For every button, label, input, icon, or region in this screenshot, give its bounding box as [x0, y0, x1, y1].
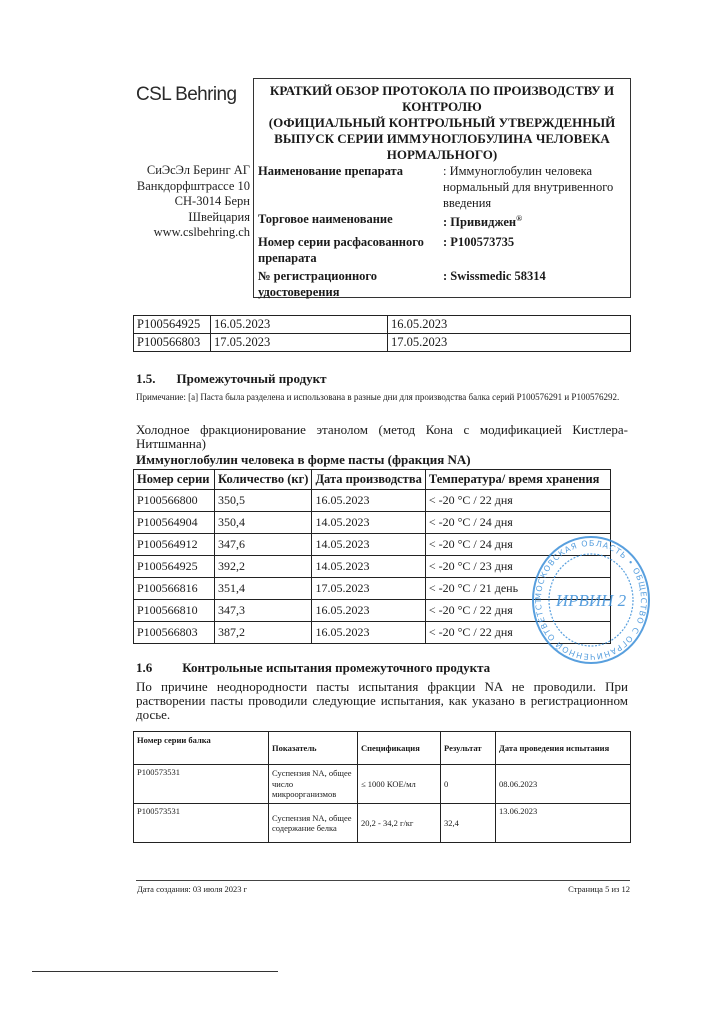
field-label: № регистрационного удостоверения	[258, 268, 443, 300]
field-label: Торговое наименование	[258, 211, 443, 227]
table-row: P100573531 Суспензия NA, общее число мик…	[134, 765, 631, 804]
table-cell: 17.05.2023	[388, 334, 631, 352]
note-text: Примечание: [a] Паста была разделена и и…	[136, 392, 626, 404]
title-line: КОНТРОЛЮ	[254, 99, 630, 115]
title-line: НОРМАЛЬНОГО)	[254, 147, 630, 163]
table-cell: 16.05.2023	[388, 316, 631, 334]
table-cell: P100564904	[134, 512, 215, 534]
table-cell: 14.05.2023	[312, 512, 425, 534]
table-cell: 16.05.2023	[211, 316, 388, 334]
table-cell: Суспензия NA, общее число микроорганизмо…	[269, 765, 358, 804]
field-value: : Привиджен®	[443, 211, 633, 230]
table-cell: 16.05.2023	[312, 490, 425, 512]
table-cell: Суспензия NA, общее содержание белка	[269, 804, 358, 843]
column-header: Показатель	[269, 732, 358, 765]
document-header-box: КРАТКИЙ ОБЗОР ПРОТОКОЛА ПО ПРОИЗВОДСТВУ …	[253, 78, 631, 298]
address-line: СиЭсЭл Беринг АГ	[120, 163, 250, 179]
column-header: Количество (кг)	[215, 470, 312, 490]
title-line: КРАТКИЙ ОБЗОР ПРОТОКОЛА ПО ПРОИЗВОДСТВУ …	[254, 83, 630, 99]
table-cell: P100566816	[134, 578, 215, 600]
table-cell: P100566803	[134, 622, 215, 644]
address-line: www.cslbehring.ch	[120, 225, 250, 241]
continuation-table: P100564925 16.05.2023 16.05.2023 P100566…	[133, 315, 631, 352]
address-line: Ванкдорфштрассе 10	[120, 179, 250, 195]
column-header: Дата производства	[312, 470, 425, 490]
section-number: 1.5.	[136, 371, 156, 386]
table-cell: 17.05.2023	[211, 334, 388, 352]
table-cell: 351,4	[215, 578, 312, 600]
table-cell: 350,5	[215, 490, 312, 512]
column-header: Температура/ время хранения	[425, 470, 610, 490]
section-heading-1-6: 1.6 Контрольные испытания промежуточного…	[136, 659, 490, 677]
field-label: Номер серии расфасованного препарата	[258, 234, 443, 266]
column-header: Спецификация	[358, 732, 441, 765]
address-line: Швейцария	[120, 210, 250, 226]
svg-text:ИРВИН 2: ИРВИН 2	[555, 591, 627, 610]
section-paragraph: По причине неоднородности пасты испытани…	[136, 680, 628, 722]
table-cell: 387,2	[215, 622, 312, 644]
column-header: Номер серии	[134, 470, 215, 490]
company-address: СиЭсЭл Беринг АГ Ванкдорфштрассе 10 CH-3…	[120, 163, 250, 241]
table-cell: P100573531	[134, 804, 269, 843]
address-line: CH-3014 Берн	[120, 194, 250, 210]
table-cell: 14.05.2023	[312, 556, 425, 578]
section-number: 1.6	[136, 660, 152, 675]
field-label: Наименование препарата	[258, 163, 443, 179]
table-cell: 08.06.2023	[496, 765, 631, 804]
title-line: (ОФИЦИАЛЬНЫЙ КОНТРОЛЬНЫЙ УТВЕРЖДЕННЫЙ	[254, 115, 630, 131]
table-cell: 32,4	[441, 804, 496, 843]
section-heading-1-5: 1.5. Промежуточный продукт	[136, 370, 327, 388]
field-value: : Swissmedic 58314	[443, 268, 633, 284]
table-caption: Иммуноглобулин человека в форме пасты (ф…	[136, 452, 471, 468]
table-cell: 14.05.2023	[312, 534, 425, 556]
table-cell: 392,2	[215, 556, 312, 578]
table-cell: P100566803	[134, 334, 211, 352]
table-cell: P100566810	[134, 600, 215, 622]
table-cell: 350,4	[215, 512, 312, 534]
table-cell: 16.05.2023	[312, 622, 425, 644]
table-cell: P100564925	[134, 316, 211, 334]
table-row: P100566803 17.05.2023 17.05.2023	[134, 334, 631, 352]
table-cell: P100564912	[134, 534, 215, 556]
footer-divider	[136, 880, 630, 881]
section-title: Промежуточный продукт	[177, 371, 327, 386]
official-stamp-icon: МОСКОВСКАЯ ОБЛАСТЬ • ОБЩЕСТВО С ОГРАНИЧЕ…	[530, 530, 652, 670]
column-header: Результат	[441, 732, 496, 765]
document-title: КРАТКИЙ ОБЗОР ПРОТОКОЛА ПО ПРОИЗВОДСТВУ …	[254, 83, 630, 163]
company-logo: CSL Behring	[136, 84, 236, 106]
table-row: P100566800 350,5 16.05.2023 < -20 °C / 2…	[134, 490, 611, 512]
title-line: ВЫПУСК СЕРИИ ИММУНОГЛОБУЛИНА ЧЕЛОВЕКА	[254, 131, 630, 147]
table-cell: P100573531	[134, 765, 269, 804]
table-header-row: Номер серии Количество (кг) Дата произво…	[134, 470, 611, 490]
table-cell: 13.06.2023	[496, 804, 631, 843]
table-cell: P100564925	[134, 556, 215, 578]
table-cell: 17.05.2023	[312, 578, 425, 600]
table-cell: 347,6	[215, 534, 312, 556]
page-number: Страница 5 из 12	[568, 884, 630, 894]
table-cell: 16.05.2023	[312, 600, 425, 622]
table-row: P100564925 16.05.2023 16.05.2023	[134, 316, 631, 334]
column-header: Дата проведения испытания	[496, 732, 631, 765]
table-cell: ≤ 1000 КОЕ/мл	[358, 765, 441, 804]
control-tests-table: Номер серии балка Показатель Спецификаци…	[133, 731, 631, 843]
table-cell: 20,2 - 34,2 г/кг	[358, 804, 441, 843]
creation-date: Дата создания: 03 июля 2023 г	[137, 884, 247, 894]
table-header-row: Номер серии балка Показатель Спецификаци…	[134, 732, 631, 765]
field-value: : Иммуноглобулин человека нормальный для…	[443, 163, 633, 211]
table-cell: < -20 °C / 22 дня	[425, 490, 610, 512]
table-cell: 0	[441, 765, 496, 804]
section-title: Контрольные испытания промежуточного про…	[182, 660, 490, 675]
bottom-divider	[32, 971, 278, 972]
table-cell: P100566800	[134, 490, 215, 512]
column-header: Номер серии балка	[134, 732, 269, 765]
table-cell: 347,3	[215, 600, 312, 622]
field-value: : P100573735	[443, 234, 633, 250]
table-row: P100573531 Суспензия NA, общее содержани…	[134, 804, 631, 843]
method-description: Холодное фракционирование этанолом (мето…	[136, 423, 628, 451]
